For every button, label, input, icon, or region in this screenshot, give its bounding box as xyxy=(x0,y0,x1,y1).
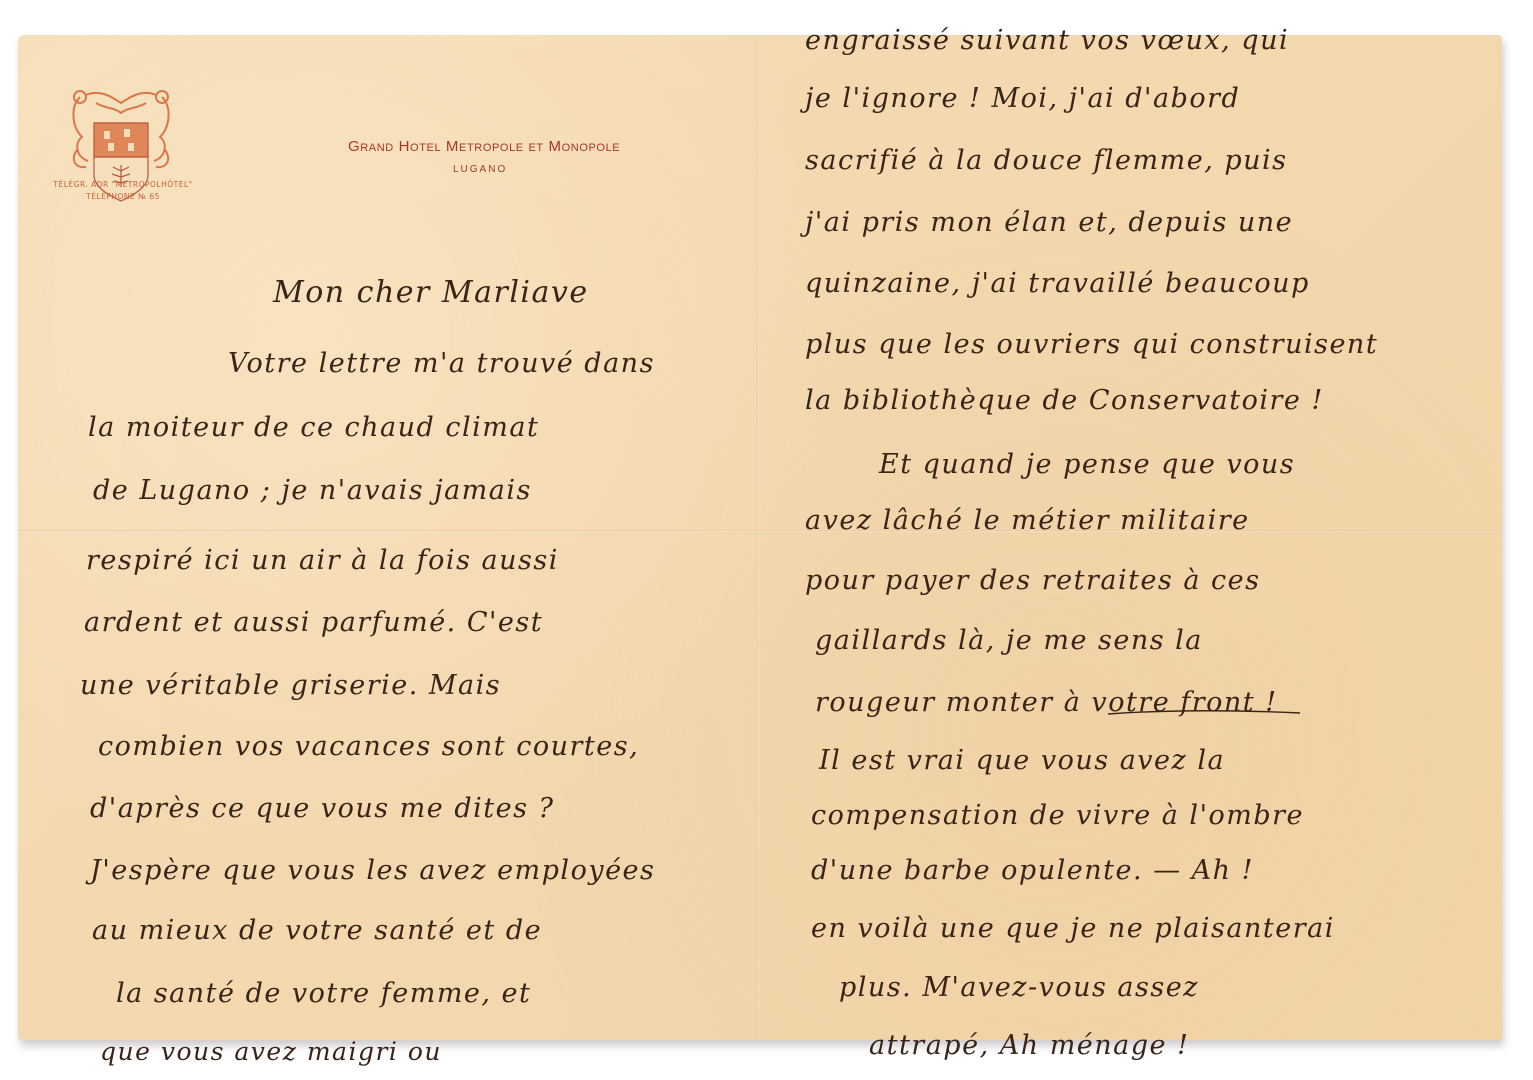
letter-line: la santé de votre femme, et xyxy=(116,978,531,1009)
letter-line: je l'ignore ! Moi, j'ai d'abord xyxy=(805,83,1240,114)
letter-line: Il est vrai que vous avez la xyxy=(819,745,1225,776)
letter-line: gaillards là, je me sens la xyxy=(815,625,1203,656)
letter-line: avez lâché le métier militaire xyxy=(805,505,1250,536)
letter-sheet: TÉLÉGR. ADR "METROPOLHÔTEL" TÉLÉPHONE № … xyxy=(18,35,1502,1040)
letter-line: pour payer des retraites à ces xyxy=(805,565,1261,596)
left-page: TÉLÉGR. ADR "METROPOLHÔTEL" TÉLÉPHONE № … xyxy=(18,35,757,1040)
letter-line: Votre lettre m'a trouvé dans xyxy=(228,348,655,379)
letter-line: d'après ce que vous me dites ? xyxy=(90,793,555,824)
telegram-address: TÉLÉGR. ADR "METROPOLHÔTEL" xyxy=(48,179,198,191)
letter-line: sacrifié à la douce flemme, puis xyxy=(805,145,1288,176)
letter-line: d'une barbe opulente. — Ah ! xyxy=(811,855,1254,886)
letter-line: engraissé suivant vos vœux, qui xyxy=(805,25,1289,56)
letter-line: J'espère que vous les avez employées xyxy=(90,855,655,886)
letter-line: la bibliothèque de Conservatoire ! xyxy=(805,385,1324,416)
letter-line: ardent et aussi parfumé. C'est xyxy=(84,607,543,638)
letter-line: une véritable griserie. Mais xyxy=(80,670,501,701)
letter-line: plus que les ouvriers qui construisent xyxy=(805,329,1378,360)
letter-line: plus. M'avez-vous assez xyxy=(839,972,1199,1003)
hotel-city: LUGANO xyxy=(453,164,507,175)
right-page: engraissé suivant vos vœux, qui je l'ign… xyxy=(759,35,1502,1040)
letter-line: que vous avez maigri ou xyxy=(100,1037,442,1066)
letter-line: Et quand je pense que vous xyxy=(879,449,1295,480)
letter-line: quinzaine, j'ai travaillé beaucoup xyxy=(805,268,1310,299)
letter-line: de Lugano ; je n'avais jamais xyxy=(93,475,532,506)
underline-stroke xyxy=(1104,708,1304,718)
hotel-name: Grand Hotel Metropole et Monopole xyxy=(348,138,620,155)
letter-line: au mieux de votre santé et de xyxy=(92,915,542,946)
letter-line: respiré ici un air à la fois aussi xyxy=(86,545,559,576)
letter-line: la moiteur de ce chaud climat xyxy=(88,412,539,443)
letter-line: compensation de vivre à l'ombre xyxy=(811,800,1304,831)
stage: TÉLÉGR. ADR "METROPOLHÔTEL" TÉLÉPHONE № … xyxy=(0,0,1533,1080)
salutation: Mon cher Marliave xyxy=(273,275,589,310)
letter-line: j'ai pris mon élan et, depuis une xyxy=(805,207,1293,238)
telephone-number: TÉLÉPHONE № 65 xyxy=(48,191,198,203)
letter-line: attrapé, Ah ménage ! xyxy=(869,1030,1189,1061)
letter-line: combien vos vacances sont courtes, xyxy=(98,731,639,762)
telegram-address-line: TÉLÉGR. ADR "METROPOLHÔTEL" TÉLÉPHONE № … xyxy=(48,179,198,203)
letter-line: en voilà une que je ne plaisanterai xyxy=(811,913,1335,944)
